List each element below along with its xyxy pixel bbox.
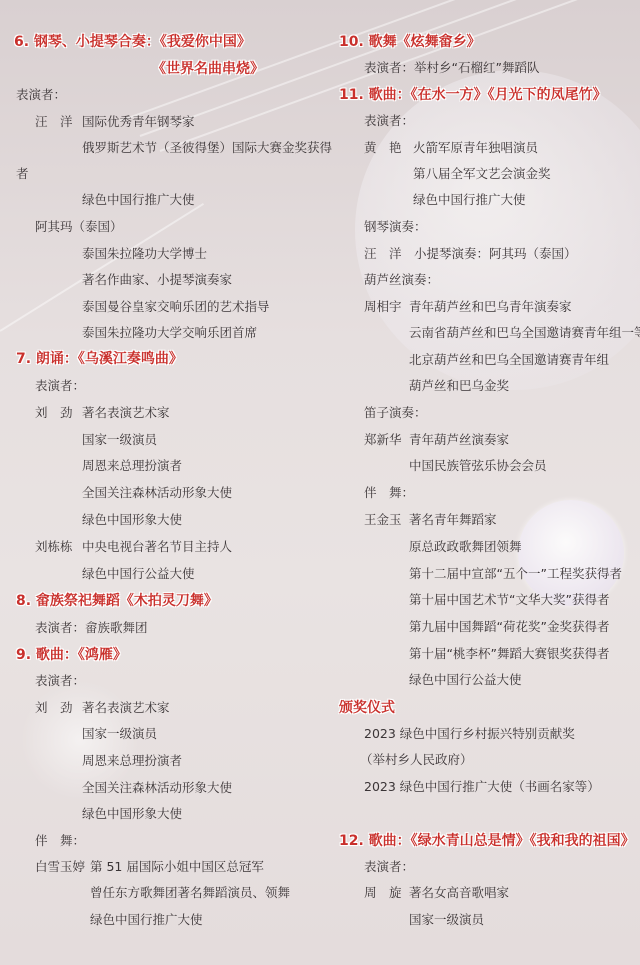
singer-title: 第八届全军文艺会演金奖	[413, 166, 551, 182]
performer-title: 泰国朱拉隆功大学博士	[82, 246, 207, 262]
dance-label: 伴 舞：	[364, 485, 414, 501]
dizi-performer-name: 郑新华	[364, 432, 402, 448]
performers-line: 表演者：举村乡“石榴红”舞蹈队	[364, 60, 539, 76]
hulusi-title: 云南省葫芦丝和巴乌全国邀请赛青年组一等奖	[409, 325, 640, 341]
performer-name: 刘 劲	[35, 700, 73, 716]
performer-title: 国家一级演员	[82, 432, 157, 448]
item-heading: 7. 朗诵：《乌溪江奏鸣曲》	[16, 350, 183, 368]
dance-label: 伴 舞：	[35, 833, 85, 849]
item-heading: 9. 歌曲：《鸿雁》	[16, 646, 127, 664]
dancer-title: 曾任东方歌舞团著名舞蹈演员、领舞	[90, 885, 290, 901]
hulusi-title: 青年葫芦丝和巴乌青年演奏家	[409, 299, 572, 315]
performer-title: 著名表演艺术家	[82, 405, 170, 421]
item-heading: 12. 歌曲：《绿水青山总是情》《我和我的祖国》	[339, 832, 635, 850]
piano-violin-line: 汪 洋 小提琴演奏：阿其玛（泰国）	[364, 246, 577, 262]
dizi-title: 中国民族管弦乐协会会员	[409, 458, 547, 474]
performer-title: 国家一级演员	[82, 726, 157, 742]
singer-title: 著名女高音歌唱家	[409, 885, 509, 901]
performer-title: 泰国曼谷皇家交响乐团的艺术指导	[82, 299, 270, 315]
award-line: 2023 绿色中国行乡村振兴特别贡献奖	[364, 726, 575, 742]
hulusi-title: 葫芦丝和巴乌金奖	[409, 378, 509, 394]
performers-label: 表演者：	[35, 378, 85, 394]
hulusi-label: 葫芦丝演奏：	[364, 272, 439, 288]
item-heading: 6. 钢琴、小提琴合奏：《我爱你中国》	[14, 33, 251, 51]
dancer-title: 第十届中国艺术节“文华大奖”获得者	[409, 592, 609, 608]
performers-label: 表演者：	[364, 859, 414, 875]
performer-title: 著名表演艺术家	[82, 700, 170, 716]
performer-title: 绿色中国形象大使	[82, 806, 182, 822]
performer-title: 绿色中国行公益大使	[82, 566, 195, 582]
dancer-title: 著名青年舞蹈家	[409, 512, 497, 528]
dancer-title: 第 51 届国际小姐中国区总冠军	[90, 859, 264, 875]
piano-label: 钢琴演奏：	[364, 219, 427, 235]
hulusi-title: 北京葫芦丝和巴乌全国邀请赛青年组	[409, 352, 609, 368]
dancer-name: 王金玉	[364, 512, 402, 528]
performer-title: 全国关注森林活动形象大使	[82, 780, 232, 796]
performers-label: 表演者：	[16, 87, 66, 103]
item-heading: 11. 歌曲：《在水一方》《月光下的凤尾竹》	[339, 86, 607, 104]
performer-title: 著名作曲家、小提琴演奏家	[82, 272, 232, 288]
dancer-title: 绿色中国行推广大使	[90, 912, 203, 928]
performer-name: 阿其玛（泰国）	[35, 219, 123, 235]
section-heading: 颁奖仪式	[339, 699, 395, 717]
item-heading: 8. 畲族祭祀舞蹈《木拍灵刀舞》	[16, 592, 218, 610]
singer-title: 国家一级演员	[409, 912, 484, 928]
performers-label: 表演者：	[35, 673, 85, 689]
award-line: （举村乡人民政府）	[360, 752, 473, 768]
hulusi-performer-name: 周相宇	[364, 299, 402, 315]
item-heading: 10. 歌舞《炫舞畲乡》	[339, 33, 481, 51]
performer-title: 周恩来总理扮演者	[82, 458, 182, 474]
performer-name: 刘 劲	[35, 405, 73, 421]
performer-title: 俄罗斯艺术节（圣彼得堡）国际大赛金奖获得	[82, 140, 332, 156]
dancer-name: 白雪玉婷	[35, 859, 85, 875]
singer-name: 周 旋	[364, 885, 402, 901]
performer-title: 者	[16, 166, 29, 182]
singer-name: 黄 艳	[364, 140, 402, 156]
singer-title: 绿色中国行推广大使	[413, 192, 526, 208]
dizi-label: 笛子演奏：	[364, 405, 427, 421]
award-line: 2023 绿色中国行推广大使（书画名家等）	[364, 779, 600, 795]
performer-name: 刘栋栋	[35, 539, 73, 555]
performers-label: 表演者：	[364, 113, 414, 129]
dancer-title: 第九届中国舞蹈“荷花奖”金奖获得者	[409, 619, 609, 635]
dancer-title: 第十二届中宣部“五个一”工程奖获得者	[409, 566, 622, 582]
dancer-title: 原总政政歌舞团领舞	[409, 539, 522, 555]
dancer-title: 第十届“桃李杯”舞蹈大赛银奖获得者	[409, 646, 609, 662]
performer-name: 汪 洋	[35, 114, 73, 130]
item-heading-line2: 《世界名曲串烧》	[152, 60, 264, 78]
performer-title: 泰国朱拉隆功大学交响乐团首席	[82, 325, 257, 341]
performer-title: 国际优秀青年钢琴家	[82, 114, 195, 130]
singer-title: 火箭军原青年独唱演员	[413, 140, 538, 156]
dizi-title: 青年葫芦丝演奏家	[409, 432, 509, 448]
dancer-title: 绿色中国行公益大使	[409, 672, 522, 688]
performer-title: 中央电视台著名节目主持人	[82, 539, 232, 555]
performer-title: 绿色中国行推广大使	[82, 192, 195, 208]
performers-line: 表演者：畲族歌舞团	[35, 620, 148, 636]
background-bubble-small	[518, 500, 624, 606]
performer-title: 绿色中国形象大使	[82, 512, 182, 528]
performer-title: 全国关注森林活动形象大使	[82, 485, 232, 501]
performer-title: 周恩来总理扮演者	[82, 753, 182, 769]
